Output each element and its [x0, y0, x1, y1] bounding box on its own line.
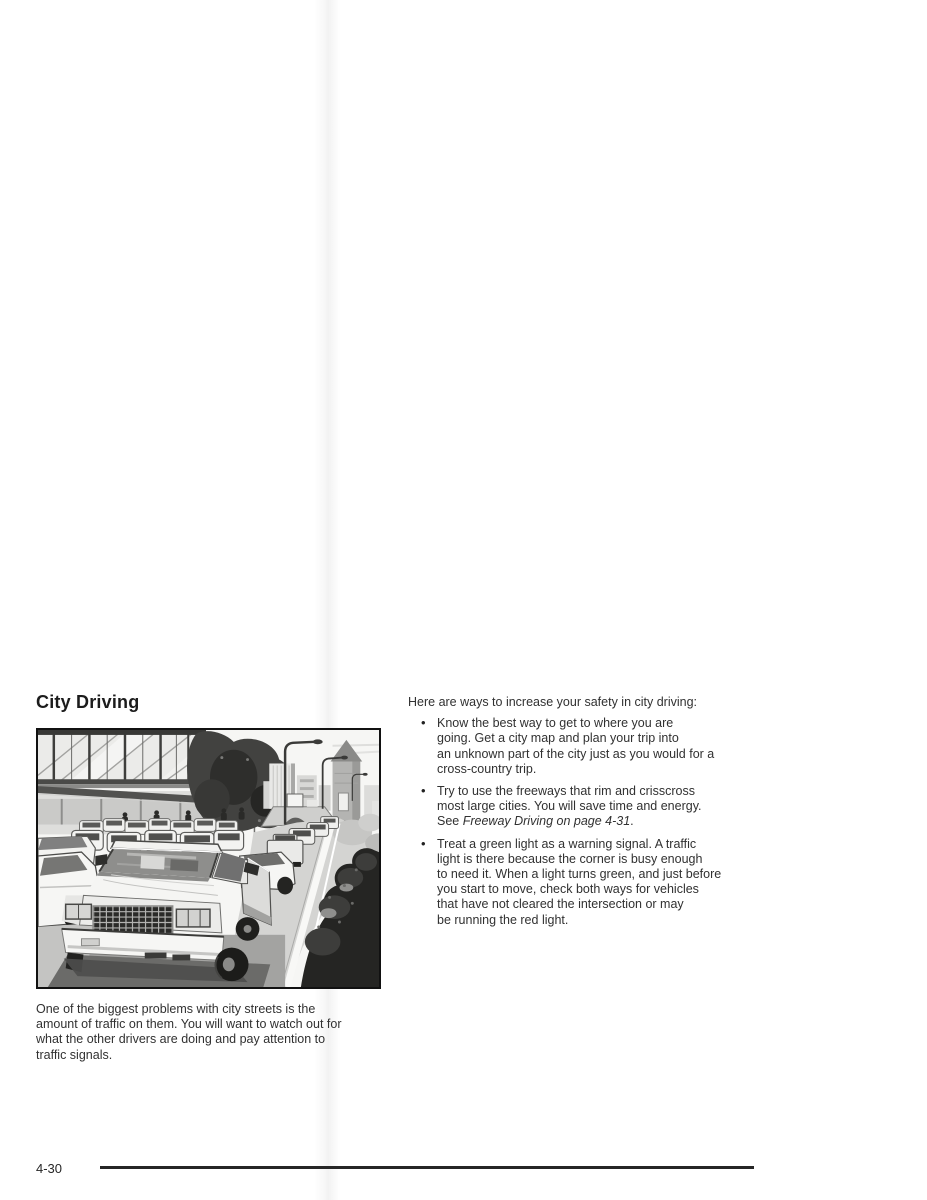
bullet-line: Know the best way to get to where you ar… [437, 716, 760, 731]
bullet-line: an unknown part of the city just as you … [437, 747, 760, 762]
bullet-line: Treat a green light as a warning signal.… [437, 837, 760, 852]
footer-rule [100, 1166, 754, 1169]
bullet-line: to need it. When a light turns green, an… [437, 867, 760, 882]
page-number: 4-30 [36, 1161, 62, 1176]
section-heading: City Driving [36, 692, 139, 713]
city-traffic-figure [36, 728, 381, 989]
see-text: See [437, 814, 463, 828]
bullet-line: going. Get a city map and plan your trip… [437, 731, 760, 746]
bullet-marker: • [421, 783, 426, 798]
right-column: Here are ways to increase your safety in… [408, 695, 760, 935]
cross-reference: Freeway Driving on page 4-31 [463, 814, 630, 828]
bullet-line: light is there because the corner is bus… [437, 852, 760, 867]
bullet-marker: • [421, 715, 426, 730]
bullet-line: most large cities. You will save time an… [437, 799, 760, 814]
bullet-line: Try to use the freeways that rim and cri… [437, 784, 760, 799]
figure-caption: One of the biggest problems with city st… [36, 1002, 342, 1063]
see-punctuation: . [630, 814, 633, 828]
caption-line: traffic signals. [36, 1048, 342, 1063]
bullet-marker: • [421, 836, 426, 851]
city-traffic-illustration [38, 730, 379, 987]
bullet-item: • Know the best way to get to where you … [408, 716, 760, 777]
intro-text: Here are ways to increase your safety in… [408, 695, 760, 710]
bullet-item: • Treat a green light as a warning signa… [408, 837, 760, 928]
bullet-line: be running the red light. [437, 913, 760, 928]
bullet-line: cross-country trip. [437, 762, 760, 777]
bullet-item: • Try to use the freeways that rim and c… [408, 784, 760, 830]
bullet-line: you start to move, check both ways for v… [437, 882, 760, 897]
caption-line: what the other drivers are doing and pay… [36, 1032, 342, 1047]
caption-line: amount of traffic on them. You will want… [36, 1017, 342, 1032]
bullet-line: that have not cleared the intersection o… [437, 897, 760, 912]
bullet-line: See Freeway Driving on page 4-31. [437, 814, 760, 829]
caption-line: One of the biggest problems with city st… [36, 1002, 342, 1017]
